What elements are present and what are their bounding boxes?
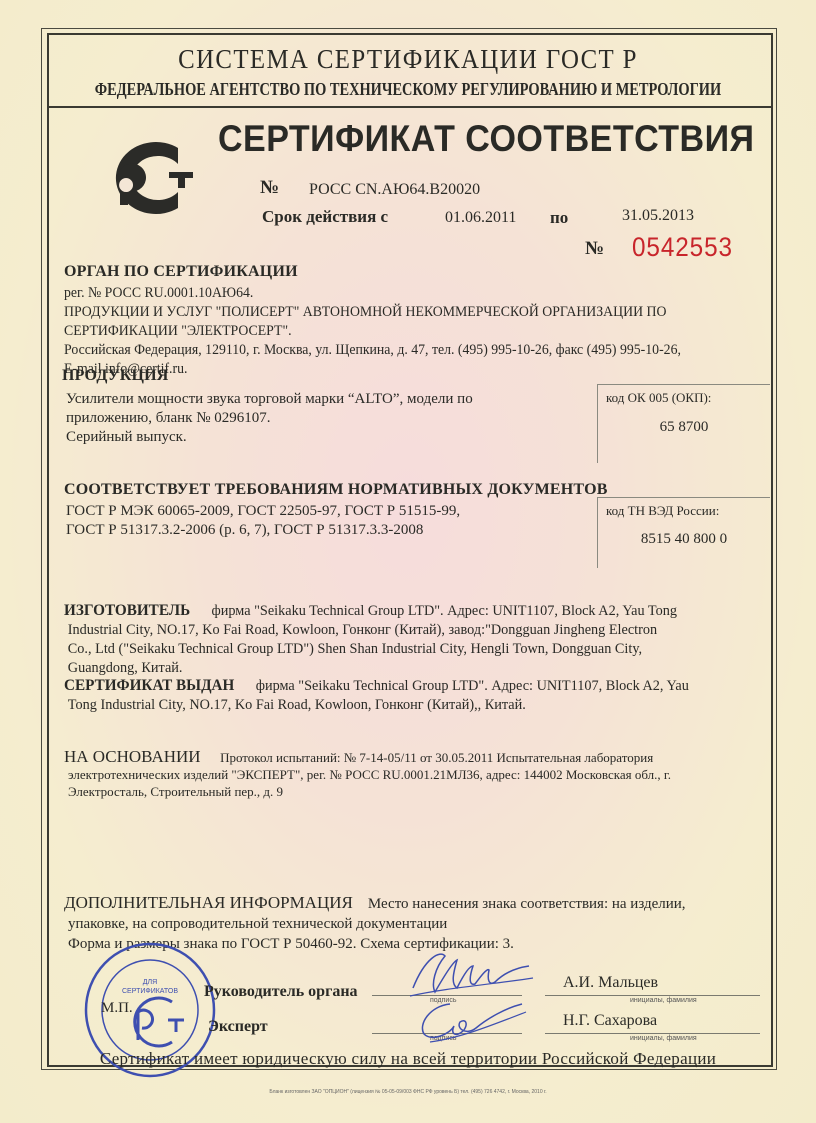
basis-block: НА ОСНОВАНИИ Протокол испытаний: № 7-14-… [64, 748, 671, 800]
valid-from: 01.06.2011 [445, 209, 516, 227]
additional-info-line: упаковке, на сопроводительной техническо… [64, 914, 686, 934]
issued-to-block: СЕРТИФИКАТ ВЫДАН фирма "Seikaku Technica… [64, 676, 689, 715]
issued-to-line: фирма "Seikaku Technical Group LTD". Адр… [256, 678, 689, 694]
expert-name-line [545, 1033, 760, 1034]
serial-number-sign: № [585, 238, 604, 260]
standards-text: ГОСТ Р МЭК 60065-2009, ГОСТ 22505-97, ГО… [66, 502, 460, 540]
additional-info-heading: ДОПОЛНИТЕЛЬНАЯ ИНФОРМАЦИЯ [64, 893, 353, 912]
issued-to-line: Tong Industrial City, NO.17, Ko Fai Road… [64, 696, 689, 715]
certificate-number: РОСС CN.АЮ64.В20020 [309, 181, 480, 199]
manufacturer-heading: ИЗГОТОВИТЕЛЬ [64, 602, 190, 619]
expert-name-caption: инициалы, фамилия [630, 1035, 697, 1042]
rst-mark-icon [96, 138, 196, 218]
head-signature-icon [405, 948, 535, 1000]
head-name-caption: инициалы, фамилия [630, 997, 697, 1004]
standards-line: ГОСТ Р МЭК 60065-2009, ГОСТ 22505-97, ГО… [66, 502, 460, 521]
product-text: Усилители мощности звука торговой марки … [66, 390, 473, 447]
serial-number: 0542553 [632, 232, 733, 263]
tnved-code-label: код ТН ВЭД России: [606, 503, 719, 519]
certification-body-text: рег. № РОСС RU.0001.10АЮ64. ПРОДУКЦИИ И … [64, 284, 681, 379]
okp-code-label: код ОК 005 (ОКП): [606, 390, 711, 406]
standards-line: ГОСТ Р 51317.3.2-2006 (р. 6, 7), ГОСТ Р … [66, 521, 460, 540]
basis-heading: НА ОСНОВАНИИ [64, 747, 201, 766]
issued-to-heading: СЕРТИФИКАТ ВЫДАН [64, 677, 234, 694]
certification-body-line: СЕРТИФИКАЦИИ "ЭЛЕКТРОСЕРТ". [64, 322, 681, 341]
certificate-title: СЕРТИФИКАТ СООТВЕТСТВИЯ [218, 118, 754, 160]
basis-line: Электросталь, Строительный пер., д. 9 [64, 783, 671, 800]
expert-name: Н.Г. Сахарова [563, 1012, 657, 1030]
manufacturer-line: фирма "Seikaku Technical Group LTD". Адр… [212, 603, 678, 619]
certification-body-line: ПРОДУКЦИИ И УСЛУГ "ПОЛИСЕРТ" АВТОНОМНОЙ … [64, 303, 681, 322]
svg-text:ДЛЯ: ДЛЯ [143, 979, 157, 986]
certification-body-heading: ОРГАН ПО СЕРТИФИКАЦИИ [64, 263, 298, 281]
additional-info-line: Место нанесения знака соответствия: на и… [368, 896, 686, 912]
head-name: А.И. Мальцев [563, 974, 658, 992]
validity-to-label: по [550, 208, 568, 228]
manufacturer-line: Co., Ltd ("Seikaku Technical Group LTD")… [64, 640, 677, 659]
certification-body-line: рег. № РОСС RU.0001.10АЮ64. [64, 284, 681, 303]
header-divider [47, 106, 773, 108]
stamp-label: М.П. [101, 1000, 133, 1017]
tnved-code-box: код ТН ВЭД России: 8515 40 800 0 [597, 497, 770, 568]
product-line: Усилители мощности звука торговой марки … [66, 390, 473, 409]
valid-to: 31.05.2013 [622, 207, 694, 225]
expert-signature-icon [410, 998, 530, 1046]
product-heading: ПРОДУКЦИЯ [62, 367, 169, 385]
agency-title: ФЕДЕРАЛЬНОЕ АГЕНТСТВО ПО ТЕХНИЧЕСКОМУ РЕ… [82, 79, 735, 100]
svg-text:СЕРТИФИКАТОВ: СЕРТИФИКАТОВ [122, 988, 178, 995]
standards-heading: СООТВЕТСТВУЕТ ТРЕБОВАНИЯМ НОРМАТИВНЫХ ДО… [64, 481, 608, 499]
manufacturer-line: Industrial City, NO.17, Ko Fai Road, Kow… [64, 621, 677, 640]
system-title: СИСТЕМА СЕРТИФИКАЦИИ ГОСТ Р [33, 44, 784, 75]
head-role-label: Руководитель органа [204, 983, 358, 1001]
legal-notice: Сертификат имеет юридическую силу на все… [0, 1049, 816, 1069]
printer-note: Бланк изготовлен ЗАО "ОПЦИОН" (лицензия … [0, 1089, 816, 1095]
validity-label: Срок действия с [262, 207, 388, 227]
basis-line: Протокол испытаний: № 7-14-05/11 от 30.0… [220, 750, 653, 765]
certification-body-line: Российская Федерация, 129110, г. Москва,… [64, 341, 681, 360]
okp-code-value: 65 8700 [598, 419, 770, 436]
product-line: Серийный выпуск. [66, 428, 473, 447]
expert-role-label: Эксперт [208, 1018, 268, 1036]
basis-line: электротехнических изделий "ЭКСПЕРТ", ре… [64, 766, 671, 783]
head-name-line [545, 995, 760, 996]
product-line: приложению, бланк № 0296107. [66, 409, 473, 428]
okp-code-box: код ОК 005 (ОКП): 65 8700 [597, 384, 770, 463]
tnved-code-value: 8515 40 800 0 [598, 531, 770, 548]
manufacturer-block: ИЗГОТОВИТЕЛЬ фирма "Seikaku Technical Gr… [64, 601, 677, 678]
number-sign: № [260, 177, 279, 199]
